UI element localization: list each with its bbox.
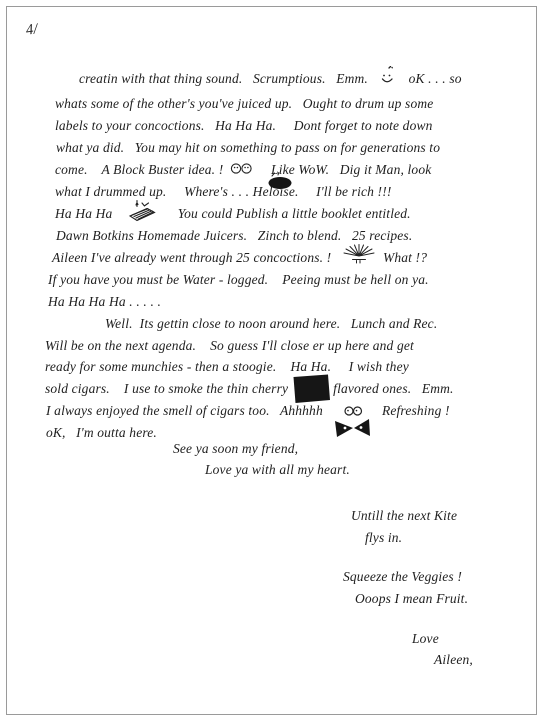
handwriting-line-19: Love ya with all my heart. <box>205 461 350 478</box>
handwriting-line-20: Untill the next Kite <box>351 507 457 524</box>
text-run: Aileen I've already went through 25 conc… <box>52 250 342 265</box>
handwriting-line-5: come. A Block Buster idea. ! Like WoW. D… <box>55 161 431 178</box>
text-run: whats some of the other's you've juiced … <box>55 96 433 111</box>
text-run: Love <box>412 631 439 646</box>
text-run: See ya soon my friend, <box>173 441 298 456</box>
text-run: ready for some munchies - then a stoogie… <box>45 359 409 374</box>
letter-page: 4/ creatin with that thing sound. Scrump… <box>0 0 543 721</box>
black-blob-icon <box>266 172 294 190</box>
handwriting-line-8: Dawn Botkins Homemade Juicers. Zinch to … <box>56 227 412 244</box>
text-run: Well. Its gettin close to noon around he… <box>105 316 437 331</box>
handwriting-line-2: whats some of the other's you've juiced … <box>55 95 433 112</box>
text-run: what I drummed up. Where's . . . Heloise… <box>55 184 392 199</box>
text-run: labels to your concoctions. Ha Ha Ha. Do… <box>55 118 433 133</box>
handwriting-line-25: Aileen, <box>434 651 473 668</box>
text-run: Ha Ha Ha Ha . . . . . <box>48 294 161 309</box>
text-run: You could Publish a little booklet entit… <box>157 206 411 221</box>
handwriting-line-11: Ha Ha Ha Ha . . . . . <box>48 293 161 310</box>
page-number: 4/ <box>25 21 39 39</box>
text-run: Untill the next Kite <box>351 508 457 523</box>
handwriting-line-3: labels to your concoctions. Ha Ha Ha. Do… <box>55 117 433 134</box>
text-run: flys in. <box>365 530 402 545</box>
handwriting-line-1: creatin with that thing sound. Scrumptio… <box>79 70 462 87</box>
handwriting-line-10: If you have you must be Water - logged. … <box>48 271 429 288</box>
handwriting-line-18: See ya soon my friend, <box>173 440 298 457</box>
text-run: creatin with that thing sound. Scrumptio… <box>79 71 379 86</box>
text-run: come. A Block Buster idea. ! <box>55 162 230 177</box>
handwriting-line-15: sold cigars. I use to smoke the thin che… <box>45 380 454 397</box>
handwriting-line-9: Aileen I've already went through 25 conc… <box>52 249 427 266</box>
text-run: Ha Ha Ha <box>55 206 127 221</box>
text-run: flavored ones. Emm. <box>330 381 454 396</box>
text-run: Dawn Botkins Homemade Juicers. Zinch to … <box>56 228 412 243</box>
smiley-face-icon <box>379 66 395 86</box>
handwriting-line-16: I always enjoyed the smell of cigars too… <box>46 402 450 419</box>
handwriting-line-21: flys in. <box>365 529 402 546</box>
sunburst-icon <box>342 244 376 265</box>
text-run: Refreshing ! <box>371 403 449 418</box>
handwriting-line-17: oK, I'm outta here. <box>46 424 157 441</box>
text-run: Aileen, <box>434 652 473 667</box>
text-run: Squeeze the Veggies ! <box>343 569 462 584</box>
handwriting-line-12: Well. Its gettin close to noon around he… <box>105 315 437 332</box>
text-run: What !? <box>376 250 427 265</box>
text-run: If you have you must be Water - logged. … <box>48 272 429 287</box>
text-run: oK . . . so <box>395 71 462 86</box>
black-square-icon <box>292 374 330 403</box>
handwriting-line-24: Love <box>412 630 439 647</box>
text-run: Will be on the next agenda. So guess I'l… <box>45 338 414 353</box>
handwriting-line-22: Squeeze the Veggies ! <box>343 568 462 585</box>
handwriting-line-4: what ya did. You may hit on something to… <box>56 139 440 156</box>
text-run: oK, I'm outta here. <box>46 425 157 440</box>
handwriting-line-14: ready for some munchies - then a stoogie… <box>45 358 409 375</box>
text-run: Love ya with all my heart. <box>205 462 350 477</box>
handwriting-line-6: what I drummed up. Where's . . . Heloise… <box>55 183 392 200</box>
handwriting-line-23: Ooops I mean Fruit. <box>355 590 468 607</box>
text-run: sold cigars. I use to smoke the thin che… <box>45 381 292 396</box>
text-run: what ya did. You may hit on something to… <box>56 140 440 155</box>
cash-icon <box>127 199 157 225</box>
double-smiley-icon <box>230 162 253 175</box>
text-run: I always enjoyed the smell of cigars too… <box>46 403 333 418</box>
handwriting-line-13: Will be on the next agenda. So guess I'l… <box>45 337 414 354</box>
handwriting-line-7: Ha Ha Ha You could Publish a little book… <box>55 205 411 222</box>
text-run: Ooops I mean Fruit. <box>355 591 468 606</box>
bowtie-icon <box>333 404 371 439</box>
